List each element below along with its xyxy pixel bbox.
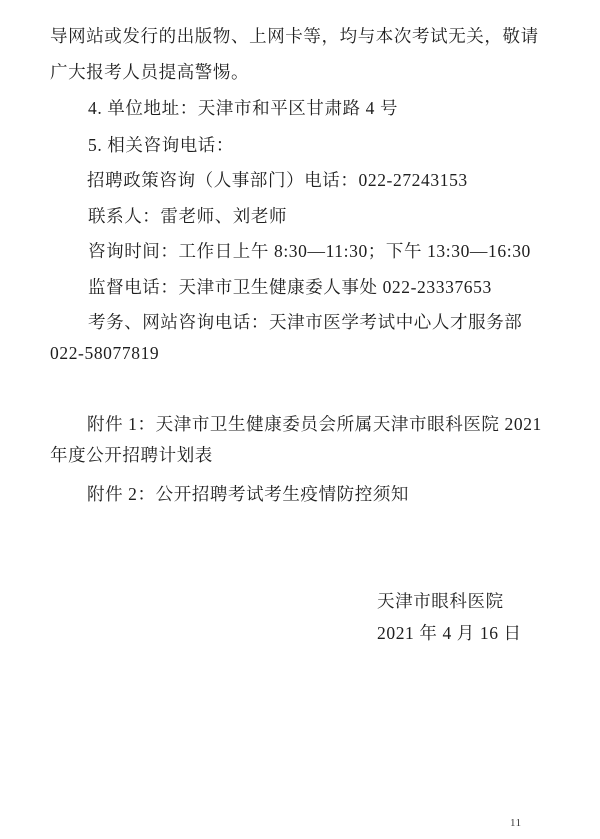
- signature-organization: 天津市眼科医院: [377, 590, 504, 612]
- contact-person-line: 联系人：雷老师、刘老师: [88, 205, 287, 227]
- consult-phone-heading: 5. 相关咨询电话：: [88, 134, 234, 156]
- signature-date: 2021 年 4 月 16 日: [377, 622, 522, 644]
- body-text-line-1: 导网站或发行的出版物、上网卡等，均与本次考试无关，敬请: [50, 25, 539, 47]
- exam-website-consult-line: 考务、网站咨询电话：天津市医学考试中心人才服务部: [88, 311, 522, 333]
- attachment-1-line: 附件 1：天津市卫生健康委员会所属天津市眼科医院 2021: [87, 413, 542, 435]
- attachment-2-line: 附件 2：公开招聘考试考生疫情防控须知: [87, 483, 409, 505]
- page-number: 11: [510, 816, 522, 830]
- unit-address-line: 4. 单位地址：天津市和平区甘肃路 4 号: [88, 97, 398, 119]
- policy-consult-phone-line: 招聘政策咨询（人事部门）电话：022-27243153: [87, 169, 468, 191]
- document-page: 导网站或发行的出版物、上网卡等，均与本次考试无关，敬请 广大报考人员提高警惕。 …: [0, 0, 600, 839]
- consult-hours-line: 咨询时间：工作日上午 8:30—11:30；下午 13:30—16:30: [88, 240, 531, 262]
- supervision-phone-line: 监督电话：天津市卫生健康委人事处 022-23337653: [88, 276, 492, 298]
- body-text-line-2: 广大报考人员提高警惕。: [50, 61, 249, 83]
- attachment-1-wrap-line: 年度公开招聘计划表: [50, 444, 213, 466]
- exam-consult-phone-number: 022-58077819: [50, 342, 159, 364]
